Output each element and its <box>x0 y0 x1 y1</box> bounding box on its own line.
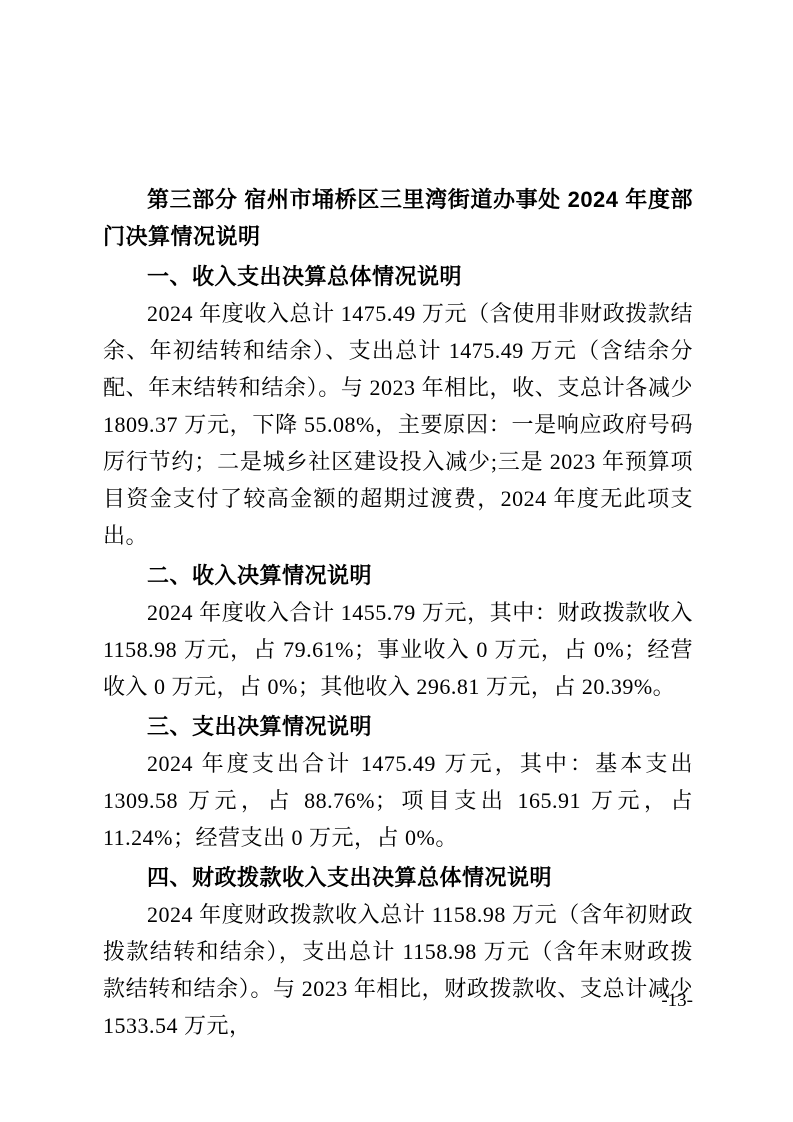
section-heading-fiscal-appropriation-overview: 四、财政拨款收入支出决算总体情况说明 <box>103 859 693 896</box>
document-title: 第三部分 宿州市埇桥区三里湾街道办事处 2024 年度部门决算情况说明 <box>103 181 693 255</box>
section-paragraph-income-expenditure-overview: 2024 年度收入总计 1475.49 万元（含使用非财政拨款结余、年初结转和结… <box>103 295 693 554</box>
document-page: 第三部分 宿州市埇桥区三里湾街道办事处 2024 年度部门决算情况说明 一、收入… <box>0 0 793 1122</box>
document-content: 第三部分 宿州市埇桥区三里湾街道办事处 2024 年度部门决算情况说明 一、收入… <box>103 181 693 1044</box>
section-heading-expenditure-details: 三、支出决算情况说明 <box>103 708 693 745</box>
section-paragraph-income-details: 2024 年度收入合计 1455.79 万元，其中：财政拨款收入 1158.98… <box>103 594 693 705</box>
page-number: -13- <box>661 990 693 1012</box>
section-paragraph-expenditure-details: 2024 年度支出合计 1475.49 万元，其中：基本支出 1309.58 万… <box>103 745 693 856</box>
section-paragraph-fiscal-appropriation-overview: 2024 年度财政拨款收入总计 1158.98 万元（含年初财政拨款结转和结余）… <box>103 896 693 1044</box>
section-heading-income-expenditure-overview: 一、收入支出决算总体情况说明 <box>103 258 693 295</box>
section-heading-income-details: 二、收入决算情况说明 <box>103 557 693 594</box>
